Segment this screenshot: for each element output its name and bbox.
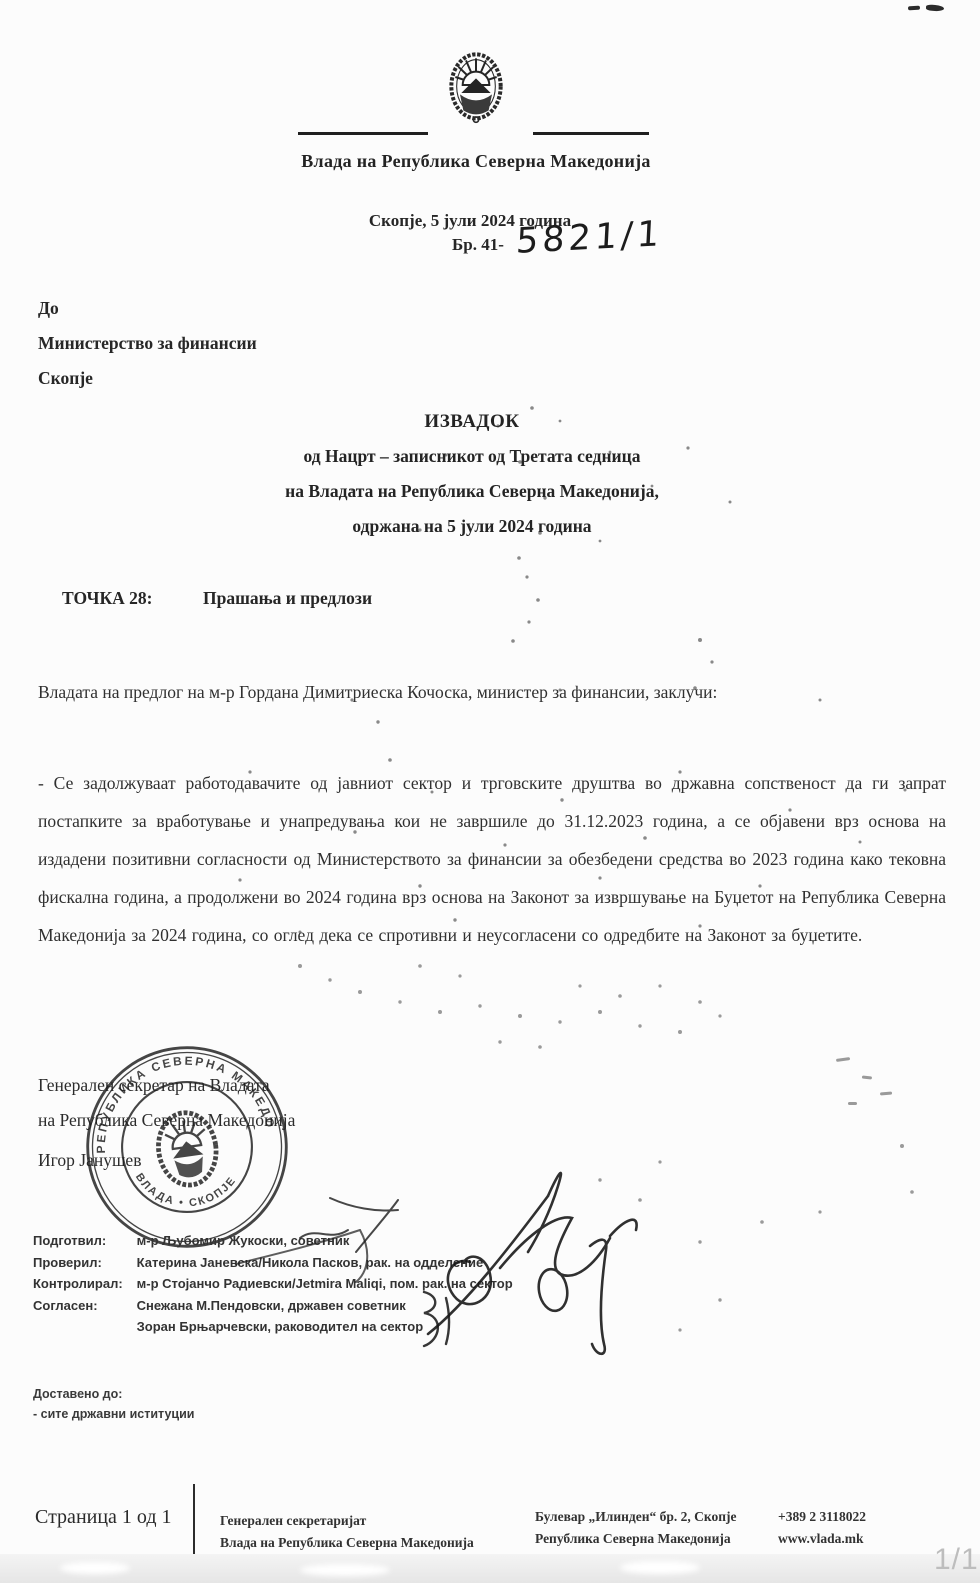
recipient-name: Министерство за финансии: [38, 326, 257, 361]
approval-label: Подготвил:: [33, 1233, 133, 1248]
approval-value: м-р Стојанчо Радиевски/Jetmira Maliqi, п…: [137, 1276, 513, 1291]
approval-label: Проверил:: [33, 1255, 133, 1270]
footer-page-info: Страница 1 од 1: [35, 1506, 172, 1529]
extract-subtitle-line: на Владата на Република Северна Македони…: [0, 474, 962, 509]
page-edge-strip: [0, 1554, 980, 1583]
approval-value: Зоран Брњарчевски, раководител на сектор: [137, 1319, 424, 1334]
extract-title-block: ИЗВАДОК од Нацрт – записникот од Третата…: [0, 404, 962, 544]
approval-value: Катерина Јаневска/Никола Пасков, рак. на…: [137, 1255, 484, 1270]
footer-address-line: Булевар „Илинден“ бр. 2, Скопје: [535, 1506, 736, 1528]
agenda-item-title: Прашања и предлози: [203, 588, 372, 609]
approval-row: Согласен: Снежана М.Пендовски, државен с…: [33, 1298, 513, 1320]
footer-address-line: Република Северна Македонија: [535, 1528, 736, 1550]
recipient-block: До Министерство за финансии Скопје: [38, 291, 257, 396]
approval-row: Контролирал: м-р Стојанчо Радиевски/Jetm…: [33, 1276, 513, 1298]
approval-label: Согласен:: [33, 1298, 133, 1313]
header-place-date: Скопје, 5 јули 2024 година: [0, 211, 960, 231]
extract-title: ИЗВАДОК: [0, 404, 962, 439]
recipient-city: Скопје: [38, 361, 257, 396]
approval-table: Подготвил: м-р Љубомир Жукоски, советник…: [33, 1233, 513, 1341]
footer-org-line: Генерален секретаријат: [220, 1510, 474, 1532]
header-org-name: Влада на Република Северна Македонија: [0, 151, 966, 172]
approval-row: Проверил: Катерина Јаневска/Никола Паско…: [33, 1255, 513, 1277]
scan-artifact-mark: [908, 6, 920, 11]
body-intro-paragraph: Владата на предлог на м-р Гордана Димитр…: [38, 674, 946, 711]
extract-subtitle-line: од Нацрт – записникот од Третата седница: [0, 439, 962, 474]
footer-organization: Генерален секретаријат Влада на Републик…: [220, 1510, 474, 1554]
footer-website: www.vlada.mk: [778, 1528, 866, 1550]
viewer-page-indicator: 1/1: [934, 1543, 979, 1577]
official-round-stamp-icon: РЕПУБЛИКА СЕВЕРНА МАКЕДОНИЈА ВЛАДА • СКО…: [68, 1028, 305, 1265]
approval-label: Контролирал:: [33, 1276, 133, 1291]
approval-value: Снежана М.Пендовски, државен советник: [137, 1298, 406, 1313]
footer-contact: +389 2 3118022 www.vlada.mk: [778, 1506, 866, 1550]
approval-value: м-р Љубомир Жукоски, советник: [137, 1233, 350, 1248]
coat-of-arms-icon: [436, 40, 516, 138]
distribution-item: - сите државни иституции: [33, 1404, 194, 1424]
scanned-document-page: Влада на Република Северна Македонија Ск…: [0, 0, 980, 1583]
header-rule-left: [298, 132, 428, 135]
reference-number-label: Бр. 41-: [452, 235, 504, 255]
approval-row: Зоран Брњарчевски, раководител на сектор: [33, 1319, 513, 1341]
recipient-to-label: До: [38, 291, 257, 326]
approval-row: Подготвил: м-р Љубомир Жукоски, советник: [33, 1233, 513, 1255]
body-conclusion-paragraph: - Се задолжуваат работодавачите од јавни…: [38, 764, 946, 954]
header-rule-right: [533, 132, 649, 135]
distribution-block: Доставено до: - сите државни иституции: [33, 1384, 194, 1424]
reference-number-handwritten: 5821/1: [515, 214, 664, 262]
distribution-label: Доставено до:: [33, 1384, 194, 1404]
agenda-item-label: ТОЧКА 28:: [62, 588, 153, 608]
footer-org-line: Влада на Република Северна Македонија: [220, 1532, 474, 1554]
extract-subtitle-line: одржана на 5 јули 2024 година: [0, 509, 962, 544]
scan-artifact-mark: [926, 4, 944, 11]
footer-address: Булевар „Илинден“ бр. 2, Скопје Републик…: [535, 1506, 736, 1550]
agenda-item: ТОЧКА 28: Прашања и предлози: [62, 588, 153, 609]
footer-phone: +389 2 3118022: [778, 1506, 866, 1528]
